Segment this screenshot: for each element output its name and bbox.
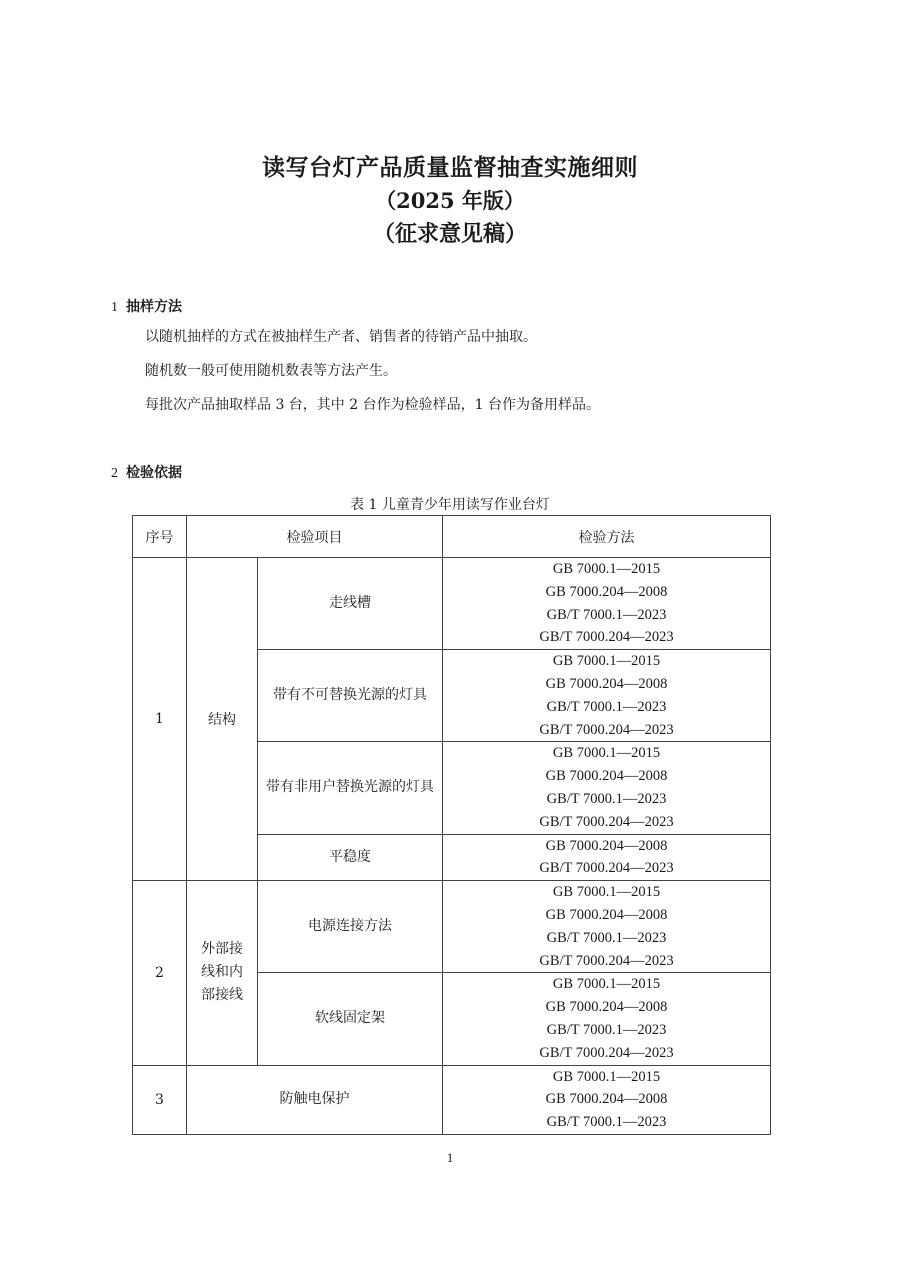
row-index: 2	[133, 881, 187, 1065]
row-methods: GB 7000.1—2015 GB 7000.204—2008 GB/T 700…	[443, 742, 771, 834]
page-number: 1	[0, 1150, 900, 1166]
section-title: 抽样方法	[126, 299, 182, 315]
paragraph: 以随机抽样的方式在被抽样生产者、销售者的待销产品中抽取。	[145, 327, 537, 347]
method-standard: GB 7000.1—2015	[447, 558, 766, 581]
header-method: 检验方法	[443, 516, 771, 558]
row-methods: GB 7000.1—2015 GB 7000.204—2008 GB/T 700…	[443, 1065, 771, 1134]
paragraph: 随机数一般可使用随机数表等方法产生。	[145, 361, 397, 381]
method-standard: GB/T 7000.1—2023	[447, 696, 766, 719]
method-standard: GB/T 7000.204—2023	[447, 626, 766, 649]
table-row: 2 外部接线和内部接线 电源连接方法 GB 7000.1—2015 GB 700…	[133, 881, 771, 973]
paragraph: 每批次产品抽取样品 3 台，其中 2 台作为检验样品，1 台作为备用样品。	[145, 395, 600, 415]
method-standard: GB/T 7000.204—2023	[447, 857, 766, 880]
section-heading-basis: 2检验依据	[111, 462, 182, 482]
method-standard: GB/T 7000.204—2023	[447, 1042, 766, 1065]
row-item: 平稳度	[258, 834, 443, 881]
method-standard: GB/T 7000.1—2023	[447, 604, 766, 627]
document-status: （征求意见稿）	[0, 218, 900, 250]
inspection-table: 序号 检验项目 检验方法 1 结构 走线槽 GB 7000.1—2015 GB …	[132, 515, 771, 1135]
method-standard: GB 7000.204—2008	[447, 1088, 766, 1111]
method-standard: GB 7000.204—2008	[447, 673, 766, 696]
method-standard: GB 7000.204—2008	[447, 765, 766, 788]
section-number: 2	[111, 466, 118, 481]
method-standard: GB/T 7000.1—2023	[447, 927, 766, 950]
table-header-row: 序号 检验项目 检验方法	[133, 516, 771, 558]
document-title: 读写台灯产品质量监督抽查实施细则	[0, 152, 900, 184]
method-standard: GB/T 7000.204—2023	[447, 719, 766, 742]
method-standard: GB 7000.1—2015	[447, 973, 766, 996]
row-index: 3	[133, 1065, 187, 1134]
table-caption: 表 1 儿童青少年用读写作业台灯	[0, 494, 900, 514]
section-heading-sampling: 1抽样方法	[111, 296, 182, 316]
header-item: 检验项目	[187, 516, 443, 558]
table-row: 1 结构 走线槽 GB 7000.1—2015 GB 7000.204—2008…	[133, 558, 771, 650]
section-number: 1	[111, 300, 118, 315]
method-standard: GB/T 7000.204—2023	[447, 811, 766, 834]
row-methods: GB 7000.1—2015 GB 7000.204—2008 GB/T 700…	[443, 973, 771, 1065]
method-standard: GB/T 7000.204—2023	[447, 950, 766, 973]
document-edition: （2025 年版）	[0, 186, 900, 216]
row-methods: GB 7000.1—2015 GB 7000.204—2008 GB/T 700…	[443, 558, 771, 650]
row-item: 电源连接方法	[258, 881, 443, 973]
row-methods: GB 7000.1—2015 GB 7000.204—2008 GB/T 700…	[443, 650, 771, 742]
method-standard: GB 7000.1—2015	[447, 1066, 766, 1089]
document-title-block: 读写台灯产品质量监督抽查实施细则 （2025 年版） （征求意见稿）	[0, 152, 900, 250]
row-category: 结构	[187, 558, 258, 881]
row-item: 走线槽	[258, 558, 443, 650]
row-methods: GB 7000.1—2015 GB 7000.204—2008 GB/T 700…	[443, 881, 771, 973]
method-standard: GB/T 7000.1—2023	[447, 1019, 766, 1042]
method-standard: GB 7000.1—2015	[447, 650, 766, 673]
method-standard: GB 7000.204—2008	[447, 581, 766, 604]
method-standard: GB 7000.204—2008	[447, 904, 766, 927]
method-standard: GB 7000.204—2008	[447, 996, 766, 1019]
row-category: 外部接线和内部接线	[187, 881, 258, 1065]
method-standard: GB/T 7000.1—2023	[447, 788, 766, 811]
method-standard: GB 7000.1—2015	[447, 742, 766, 765]
table-row: 3 防触电保护 GB 7000.1—2015 GB 7000.204—2008 …	[133, 1065, 771, 1134]
row-methods: GB 7000.204—2008 GB/T 7000.204—2023	[443, 834, 771, 881]
header-index: 序号	[133, 516, 187, 558]
method-standard: GB 7000.1—2015	[447, 881, 766, 904]
row-index: 1	[133, 558, 187, 881]
method-standard: GB/T 7000.1—2023	[447, 1111, 766, 1134]
row-item: 带有不可替换光源的灯具	[258, 650, 443, 742]
row-item: 软线固定架	[258, 973, 443, 1065]
row-item: 带有非用户替换光源的灯具	[258, 742, 443, 834]
row-category: 防触电保护	[187, 1065, 443, 1134]
method-standard: GB 7000.204—2008	[447, 835, 766, 858]
section-title: 检验依据	[126, 465, 182, 481]
